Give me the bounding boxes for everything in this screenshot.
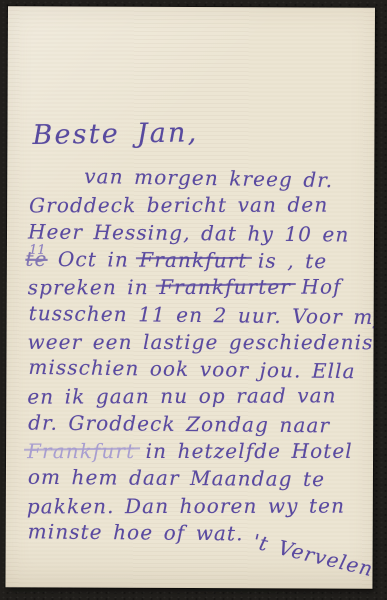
letter-line: weer een lastige geschiedenis,: [28, 329, 375, 355]
letter-text: in hetzelfde Hotel: [135, 439, 353, 463]
inserted-correction: 11: [29, 243, 46, 258]
letter-salutation: Beste Jan,: [32, 117, 198, 151]
letter-line: pakken. Dan hooren wy ten: [27, 492, 345, 519]
letter-line: om hem daar Maandag te: [28, 464, 325, 492]
letter-text: van morgen kreeg dr.: [84, 164, 333, 192]
letter-line: misschien ook voor jou. Ella: [28, 354, 356, 384]
letter-body: van morgen kreeg dr.Groddeck bericht van…: [8, 6, 375, 8]
letter-text: minste hoe of wat.: [28, 519, 244, 545]
letter-line: van morgen kreeg dr.: [84, 163, 333, 193]
letter-line: minste hoe of wat. 't Vervelende: [28, 518, 375, 548]
letter-text: dr. Groddeck Zondag naar: [28, 410, 330, 437]
letter-text: spreken in: [28, 275, 159, 299]
letter-line: tusschen 11 en 2 uur. Voor my: [29, 300, 375, 330]
letter-line: Heer Hessing, dat hy 10 en: [28, 218, 350, 247]
letter-text: Heer Hessing, dat hy 10 en: [28, 219, 350, 246]
letter-text: Hof: [291, 275, 342, 299]
letter-line: en ik gaan nu op raad van: [27, 383, 336, 410]
letter-text: en ik gaan nu op raad van: [27, 384, 336, 409]
letter-text: pakken. Dan hooren wy ten: [27, 493, 345, 518]
letter-text: tusschen 11 en 2 uur. Voor my: [29, 301, 375, 329]
letter-text: is , te: [247, 248, 327, 273]
letter-text: weer een lastige geschiedenis,: [28, 330, 375, 354]
letter-text: Frankfurter: [159, 275, 291, 299]
letter-line: Frankfurt in hetzelfde Hotel: [27, 438, 353, 464]
letter-text: Frankfurt: [139, 248, 247, 273]
letter-text: Oct in: [47, 247, 139, 272]
letter-line: dr. Groddeck Zondag naar: [28, 409, 330, 438]
letter-page: Beste Jan, van morgen kreeg dr.Groddeck …: [5, 6, 375, 589]
letter-text: misschien ook voor jou. Ella: [28, 355, 356, 383]
letter-text: om hem daar Maandag te: [28, 465, 325, 491]
letter-line: spreken in Frankfurter Hof: [28, 274, 342, 301]
letter-line: Groddeck bericht van den: [29, 192, 328, 219]
photo-background: { "photo": { "background_color": "#211f1…: [0, 0, 387, 600]
letter-text: Frankfurt: [27, 439, 135, 463]
letter-text: Groddeck bericht van den: [29, 193, 328, 218]
letter-text: 't Vervelende: [240, 526, 375, 589]
